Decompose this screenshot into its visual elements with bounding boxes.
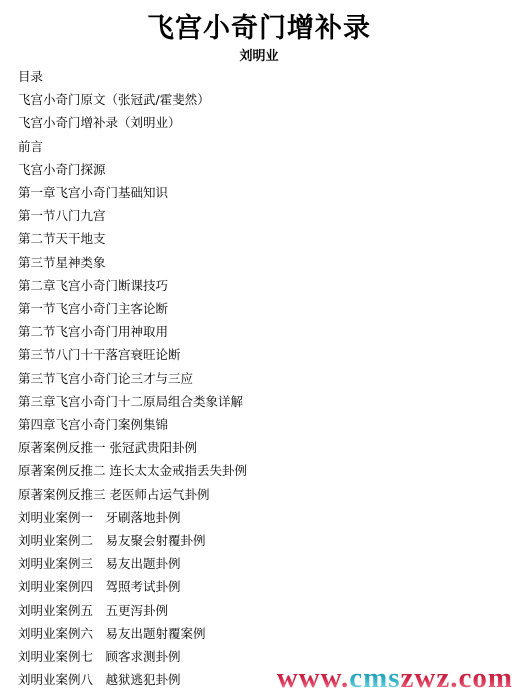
toc-item: 第三节星神类象 [18, 251, 512, 274]
toc-item: 刘明业案例五 五更泻卦例 [18, 599, 512, 622]
toc-item: 飞宫小奇门探源 [18, 158, 512, 181]
toc-item: 第四章飞宫小奇门案例集锦 [18, 413, 512, 436]
toc-item: 前言 [18, 135, 512, 158]
toc-item: 飞宫小奇门增补录（刘明业） [18, 111, 512, 134]
toc-item: 第二节天干地支 [18, 227, 512, 250]
document-page: 飞宫小奇门增补录 刘明业 目录飞宫小奇门原文（张冠武/霍斐然）飞宫小奇门增补录（… [0, 0, 518, 698]
toc-item: 目录 [18, 65, 512, 88]
toc-item: 刘明业案例二 易友聚会射覆卦例 [18, 529, 512, 552]
watermark-suffix: zwz.com [401, 662, 513, 694]
watermark-mid: cms [349, 662, 400, 694]
toc-item: 刘明业案例一 牙刷落地卦例 [18, 506, 512, 529]
watermark-prefix: www. [277, 662, 349, 694]
page-title: 飞宫小奇门增补录 [0, 6, 518, 45]
toc-item: 飞宫小奇门原文（张冠武/霍斐然） [18, 88, 512, 111]
watermark: www.cmszwz.com [277, 664, 513, 693]
toc-item: 原著案例反推三 老医师占运气卦例 [18, 483, 512, 506]
toc-item: 第三章飞宫小奇门十二原局组合类象详解 [18, 390, 512, 413]
toc-list: 目录飞宫小奇门原文（张冠武/霍斐然）飞宫小奇门增补录（刘明业）前言飞宫小奇门探源… [18, 65, 512, 691]
toc-item: 第二节飞宫小奇门用神取用 [18, 320, 512, 343]
toc-item: 刘明业案例四 驾照考试卦例 [18, 575, 512, 598]
toc-item: 第一章飞宫小奇门基础知识 [18, 181, 512, 204]
author-name: 刘明业 [0, 45, 518, 64]
toc-item: 刘明业案例三 易友出题卦例 [18, 552, 512, 575]
toc-item: 原著案例反推一 张冠武贵阳卦例 [18, 436, 512, 459]
toc-item: 第二章飞宫小奇门断课技巧 [18, 274, 512, 297]
toc-item: 原著案例反推二 连长太太金戒指丢失卦例 [18, 459, 512, 482]
toc-item: 第三节飞宫小奇门论三才与三应 [18, 367, 512, 390]
toc-item: 第一节飞宫小奇门主客论断 [18, 297, 512, 320]
toc-item: 第三节八门十干落宫衰旺论断 [18, 343, 512, 366]
toc-item: 刘明业案例六 易友出题射覆案例 [18, 622, 512, 645]
toc-item: 第一节八门九宫 [18, 204, 512, 227]
